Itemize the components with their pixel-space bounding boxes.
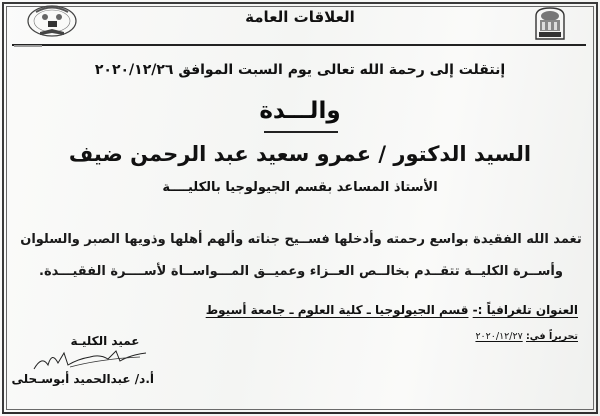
header-small-note [14,45,42,47]
bottom-border [2,412,598,414]
signature-icon [30,345,150,373]
death-announcement-line: إنتقلت إلى رحمة الله تعالى يوم السبت الم… [90,62,510,78]
written-date: ٢٠٢٠/١٢/٢٧ [475,331,522,342]
address-label: العنوان تلغرافياً :- [473,303,578,317]
condolence-notice-page: العلاقات العامة إنتقلت إلى رحمة الله تعا… [0,0,600,416]
telegraphic-address: العنوان تلغرافياً :- قسم الجيولوجيا ـ كل… [206,303,578,317]
page-header-title: العلاقات العامة [230,8,370,26]
address-value: قسم الجيولوجيا ـ كلية العلوم ـ جامعة أسي… [206,303,469,317]
condolence-line-2: وأســرة الكليــة تتقــدم بخالــص العــزا… [20,264,582,279]
written-on: تحريراً في: ٢٠٢٠/١٢/٢٧ [475,331,578,342]
dean-name: أ.د/ عبدالحميد أبوسـحلى [14,372,154,386]
relation-heading: والـــدة [230,98,370,124]
header-divider [12,44,586,46]
honoree-name: السيد الدكتور / عمرو سعيد عبد الرحمن ضيف [60,142,540,166]
relation-underline [264,131,338,133]
condolence-line-1: تغمد الله الفقيدة بواسع رحمته وأدخلها فس… [20,232,582,247]
honoree-position: الأستاذ المساعد بقسم الجيولوجيا بالكليــ… [120,180,480,195]
written-label: تحريراً في: [526,331,578,342]
university-logo-icon [534,6,566,40]
faculty-logo-icon [26,4,78,40]
